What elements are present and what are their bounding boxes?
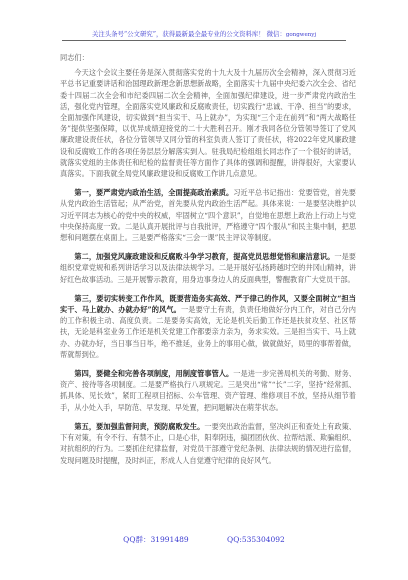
section-4: 第四，要健全和完善各项制度，用制度管事管人。一是进一步完善局机关的考勤、财务、资… xyxy=(60,368,356,413)
section-2: 第二，加强党风廉政建设和反腐败斗争学习教育，提高党员思想觉悟和廉洁意识。一是要组… xyxy=(60,251,356,285)
qq-number: QQ:535304092 xyxy=(227,535,285,544)
promo-banner-text: 关注头条号“公文研究”，获得最新最全最专业的公文资料库！ 微信： xyxy=(92,30,286,38)
greeting: 同志们： xyxy=(60,52,356,63)
promo-banner: 关注头条号“公文研究”，获得最新最全最专业的公文资料库！ 微信：gongweny… xyxy=(62,29,346,41)
intro-paragraph: 今天这个会议主要任务是深入贯彻落实党的十九大及十九届历次全会精神，深入贯彻习近平… xyxy=(60,67,356,179)
section-heading: 第五，要加强监督问责，预防腐败发生。 xyxy=(74,422,204,431)
section-3: 第三，要切实转变工作作风，既要营造务实高效、严于律己的作风，又要全面树立“担当实… xyxy=(60,293,356,360)
section-heading: 第二，加强党风廉政建设和反腐败斗争学习教育，提高党员思想觉悟和廉洁意识。 xyxy=(74,252,334,261)
contact-footer: QQ群：31991489 QQ:535304092 xyxy=(0,534,408,545)
document-body: 同志们： 今天这个会议主要任务是深入贯彻落实党的十九大及十九届历次全会精神，深入… xyxy=(60,52,356,474)
section-heading: 第四，要健全和完善各项制度，用制度管事管人。 xyxy=(74,369,233,378)
section-5: 第五，要加强监督问责，预防腐败发生。一要突出政治监督，坚决纠正和查处上有政策、下… xyxy=(60,421,356,466)
section-1: 第一，要严肃党内政治生活，全面提高政治素质。习近平总书记指出：党要管党，首先要从… xyxy=(60,187,356,243)
section-heading: 第一，要严肃党内政治生活，全面提高政治素质。 xyxy=(74,188,233,197)
qq-group: QQ群：31991489 xyxy=(123,535,188,544)
wechat-id: gongwenyj xyxy=(286,32,316,38)
